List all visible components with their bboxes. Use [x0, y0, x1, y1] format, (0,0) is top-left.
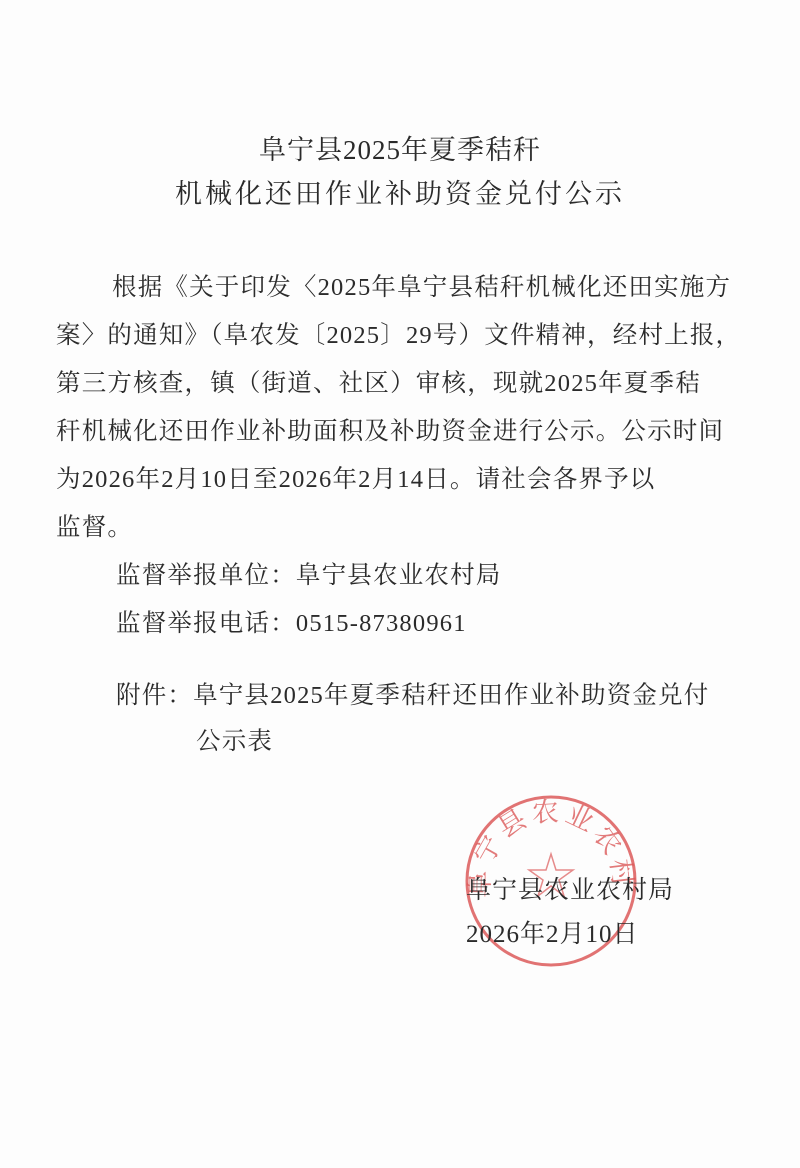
- document-title-line1: 阜宁县2025年夏季秸秆: [0, 128, 800, 167]
- body-line: 案〉的通知》（阜农发〔2025〕29号）文件精神，经村上报，: [56, 316, 741, 351]
- document-title-line2: 机械化还田作业补助资金兑付公示: [0, 172, 800, 211]
- report-unit-value: 阜宁县农业农村局: [296, 562, 502, 589]
- report-phone-label: 监督举报电话：: [116, 610, 296, 637]
- report-unit: 监督举报单位：阜宁县农业农村局: [116, 556, 502, 591]
- signature-organization: 阜宁县农业农村局: [466, 870, 674, 906]
- attachment-title: 阜宁县2025年夏季秸秆还田作业补助资金兑付: [193, 682, 709, 709]
- body-line: 监督。: [56, 508, 133, 543]
- document-page: 阜宁县2025年夏季秸秆 机械化还田作业补助资金兑付公示 根据《关于印发〈202…: [0, 0, 800, 1168]
- body-line: 根据《关于印发〈2025年阜宁县秸秆机械化还田实施方: [112, 268, 731, 303]
- attachment: 附件：阜宁县2025年夏季秸秆还田作业补助资金兑付: [116, 676, 710, 711]
- attachment-label: 附件：: [116, 682, 193, 709]
- report-phone-value: 0515-87380961: [296, 610, 467, 637]
- body-line: 第三方核查，镇（街道、社区）审核，现就2025年夏季秸: [56, 364, 701, 399]
- attachment-title-cont: 公示表: [196, 722, 273, 757]
- body-line: 秆机械化还田作业补助面积及补助资金进行公示。公示时间: [56, 412, 724, 447]
- body-line: 为2026年2月10日至2026年2月14日。请社会各界予以: [56, 460, 656, 495]
- report-phone: 监督举报电话：0515-87380961: [116, 604, 467, 639]
- signature-date: 2026年2月10日: [466, 914, 639, 950]
- report-unit-label: 监督举报单位：: [116, 562, 296, 589]
